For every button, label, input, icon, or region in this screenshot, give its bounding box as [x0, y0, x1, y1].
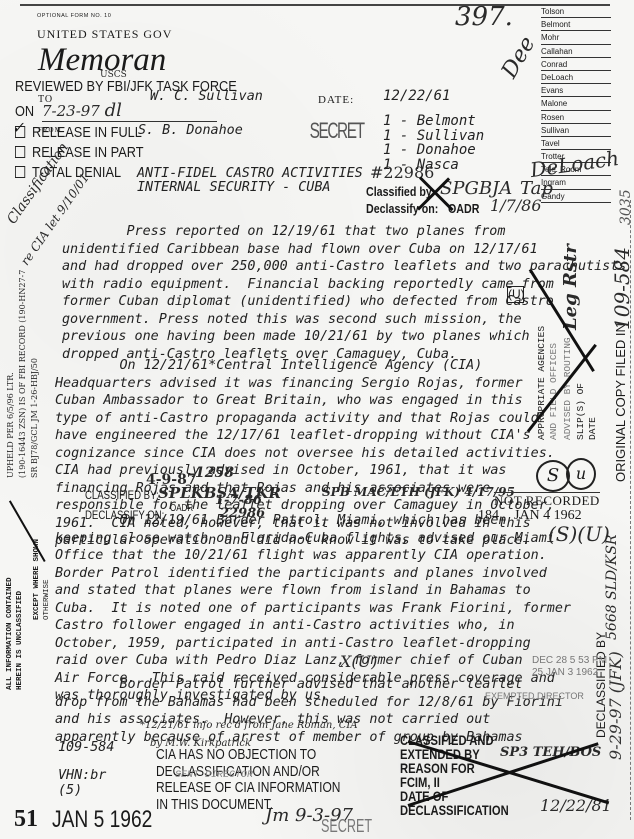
unclassified-stamp-line1: ALL INFORMATION CONTAINED [6, 577, 14, 690]
right-code-number: 3035 [618, 189, 634, 225]
declassify-date: 1/7/86 [490, 196, 542, 215]
serial-date: JAN 5 1962 [52, 806, 152, 834]
page-edge [630, 200, 631, 820]
release-in-full-checkbox[interactable]: ✓ [15, 126, 25, 138]
sent-director-stamp: SENT DIRECTOR [175, 770, 253, 781]
copies-count: (5) [58, 783, 82, 798]
release-in-part-option[interactable]: RELEASE IN PART [15, 144, 143, 161]
declassified-date: 9-29-97 (JFK) [606, 651, 625, 760]
mid-classified-by-label: CLASSIFIED BY: [85, 488, 159, 502]
routing-item: Evans [541, 85, 611, 97]
from-value: S. B. Donahoe [138, 123, 243, 138]
unclassified-stamp-line4: OTHERWISE [43, 579, 51, 620]
release-in-full-option[interactable]: ✓RELEASE IN FULL [15, 124, 142, 141]
government-label: UNITED STATES GOV [37, 27, 172, 42]
secret-stamp-top: SECRET [310, 118, 364, 144]
not-recorded-stamp: NOT RECORDED [494, 492, 600, 509]
extended-stamp-line: DECLASSIFICATION [400, 803, 509, 817]
mid-declassify-number: 22986 [220, 506, 265, 521]
routing-item: Rosen [541, 112, 611, 124]
spb-note: SPB MAC/ETH (JFK) 4/17/95 [322, 485, 515, 499]
cia-stamp-line: RELEASE OF CIA INFORMATION [156, 780, 340, 797]
not-recorded-date: JAN 4 1962 [514, 508, 582, 524]
handwritten-initials: Dee [497, 32, 540, 82]
dec-time-stamp: DEC 28 5 53 PM [532, 655, 607, 666]
subject-line-2: INTERNAL SECURITY - CUBA [137, 180, 330, 195]
check-mark-icon: ✓ [12, 118, 23, 137]
routing-item: Tolson [541, 6, 611, 18]
memorandum-page: OPTIONAL FORM NO. 10 UNITED STATES GOV M… [0, 0, 634, 839]
cia-stamp-line: CIA HAS NO OBJECTION TO [156, 747, 340, 764]
paragraph-3-end-mark: X(U) [340, 652, 377, 671]
routing-item: Mohr [541, 32, 611, 44]
declassify-on-label: Declassify on: [366, 201, 438, 216]
margin-sr-note: SR BJ78/GCL JM 1-26-HBJ/50 [30, 358, 39, 478]
routing-item: Belmont [541, 19, 611, 31]
unclassified-stamp-line2: HEREIN IS UNCLASSIFIED [16, 591, 24, 690]
subject-line-1: ANTI-FIDEL CASTRO ACTIVITIES [137, 166, 363, 181]
routing-item: DeLoach [541, 72, 611, 84]
paragraph-1-marking: (U) [507, 286, 524, 303]
date-stamp-label: DATE [587, 417, 598, 440]
date-value: 12/22/61 [383, 88, 450, 104]
copy-item: 1 - Donahoe [383, 143, 484, 158]
from-label: FROM [38, 126, 62, 134]
copy-item: 1 - Belmont [383, 114, 484, 129]
classified-number-hand: 1258 [195, 465, 234, 481]
right-handwritten-note: Leg Rstr [560, 244, 581, 330]
routing-item: Conrad [541, 59, 611, 71]
handwritten-top-number: 397. [455, 2, 513, 32]
mid-declassify-on-value: OADR [170, 503, 193, 514]
on-date: 7-23-97 dl [42, 100, 217, 122]
total-denial-checkbox[interactable] [15, 166, 25, 178]
on-initials: dl [105, 100, 122, 121]
copy-item: 1 - Sullivan [383, 129, 484, 144]
file-number: 109-584 [58, 740, 114, 755]
form-number: OPTIONAL FORM NO. 10 [37, 13, 111, 19]
routing-item: Callahan [541, 46, 611, 58]
routing-slip-stamp: SLIP(S) OF [575, 383, 586, 440]
appropriate-agencies-stamp: APPROPRIATE AGENCIES [536, 326, 547, 440]
paragraph-1: Press reported on 12/19/61 that two plan… [62, 223, 582, 363]
secret-stamp-bottom: SECRET [321, 816, 372, 837]
declassified-by-value: 5668 SLD/KSR [604, 535, 620, 641]
on-date-value: 7-23-97 [42, 102, 100, 120]
handwritten-source-note: *12/21/61 info rec'd from Jane Roman, CI… [140, 720, 358, 731]
not-recorded-number: 184 [478, 508, 499, 524]
original-copy-filed-stamp: ORIGINAL COPY FILED IN [613, 323, 628, 482]
routing-item: Malone [541, 98, 611, 110]
margin-upheld-note: UPHELD PER 6/5/96 LTR. [6, 372, 15, 478]
release-in-part-checkbox[interactable] [15, 146, 25, 158]
mid-declassify-on-label: DECLASSIFY ON: [85, 508, 164, 522]
top-border [20, 4, 610, 6]
jan-date-stamp: 25 JAN 3 1962 [532, 667, 598, 678]
paragraph-3-mark: (S)(U) [548, 522, 610, 546]
date-label: DATE: [318, 94, 354, 106]
routing-item: Sullivan [541, 125, 611, 137]
strike-mark [9, 500, 45, 561]
exempted-stamp: EXEMPTED DIRECTOR [485, 691, 584, 701]
paragraph-2-unclass-mark: u [566, 458, 596, 490]
paragraph-2-secret-mark: S [536, 460, 570, 492]
margin-record-note: (190-16443 ZSN) IS OF FBI RECORD (190-HN… [18, 270, 27, 478]
serial-number: 51 [14, 806, 38, 833]
advised-routing-stamp: ADVISED BY ROUTING [562, 337, 573, 440]
typist-initials: VHN:br [58, 768, 106, 783]
classified-by-label: Classified by [366, 184, 432, 199]
